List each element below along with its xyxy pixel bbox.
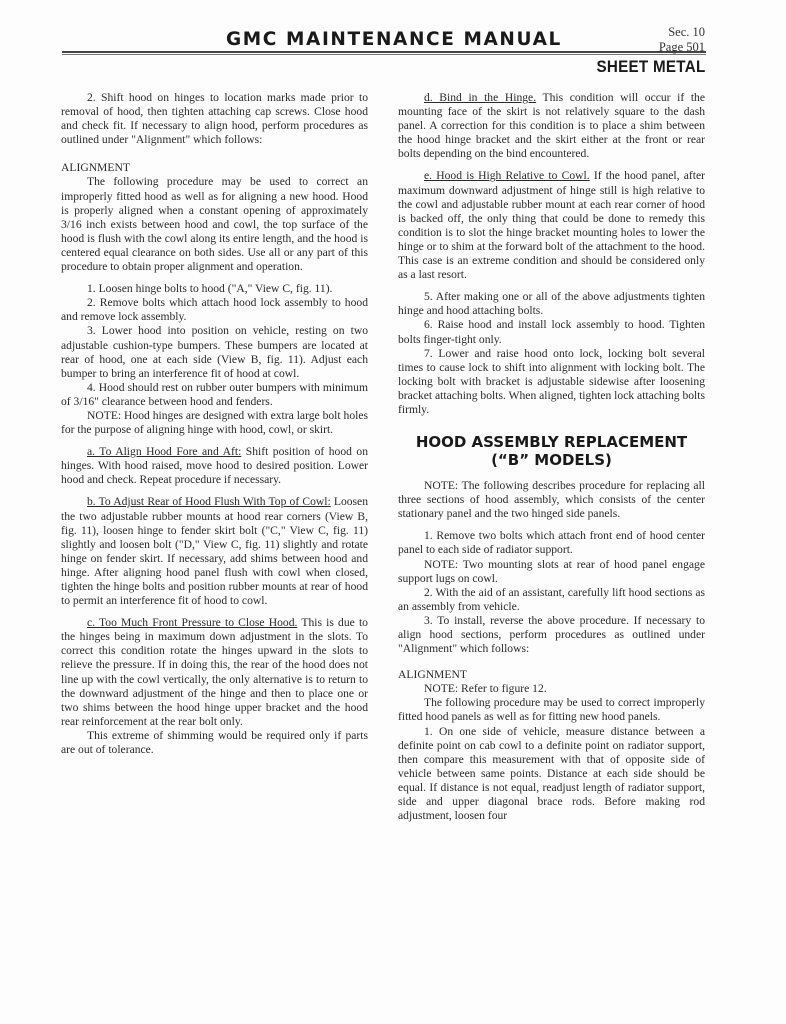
alignment-step-1: 1. On one side of vehicle, measure dista… <box>398 725 705 824</box>
subsection-e: e. Hood is High Relative to Cowl. If the… <box>398 169 705 282</box>
hinge-note: NOTE: Hood hinges are designed with extr… <box>61 409 368 437</box>
subsection-b: b. To Adjust Rear of Hood Flush With Top… <box>61 495 368 608</box>
replacement-step-2: 2. With the aid of an assistant, careful… <box>398 586 705 614</box>
subsection-d-title: d. Bind in the Hinge. <box>424 91 536 104</box>
heading-line-2: (“B” MODELS) <box>491 451 612 469</box>
subsection-e-title: e. Hood is High Relative to Cowl. <box>424 169 590 182</box>
replacement-step-3: 3. To install, reverse the above procedu… <box>398 614 705 656</box>
right-column: d. Bind in the Hinge. This condition wil… <box>398 91 705 823</box>
hood-assembly-replacement-heading: HOOD ASSEMBLY REPLACEMENT (“B” MODELS) <box>398 433 705 469</box>
subsection-a: a. To Align Hood Fore and Aft: Shift pos… <box>61 445 368 487</box>
step-4: 4. Hood should rest on rubber outer bump… <box>61 381 368 409</box>
step-6: 6. Raise hood and install lock assembly … <box>398 318 705 346</box>
header-rule-divider <box>62 51 706 55</box>
figure-reference-note: NOTE: Refer to figure 12. <box>398 682 705 696</box>
subsection-c-text: This is due to the hinges being in maxim… <box>61 616 368 728</box>
manual-title: GMC MAINTENANCE MANUAL <box>226 29 562 50</box>
step-2: 2. Remove bolts which attach hood lock a… <box>61 296 368 324</box>
shimming-note: This extreme of shimming would be requir… <box>61 729 368 757</box>
mounting-slots-note: NOTE: Two mounting slots at rear of hood… <box>398 558 705 586</box>
subsection-e-text: If the hood panel, after maximum downwar… <box>398 169 705 281</box>
step-1: 1. Loosen hinge bolts to hood ("A," View… <box>61 282 368 296</box>
alignment-intro: The following procedure may be used to c… <box>61 175 368 274</box>
alignment-heading-2: ALIGNMENT <box>398 668 705 682</box>
left-column: 2. Shift hood on hinges to location mark… <box>61 91 368 757</box>
replacement-note: NOTE: The following describes procedure … <box>398 479 705 521</box>
step-3: 3. Lower hood into position on vehicle, … <box>61 324 368 380</box>
paragraph-shift-hood: 2. Shift hood on hinges to location mark… <box>61 91 368 147</box>
section-title: SHEET METAL <box>596 58 705 77</box>
replacement-step-1: 1. Remove two bolts which attach front e… <box>398 529 705 557</box>
subsection-b-title: b. To Adjust Rear of Hood Flush With Top… <box>87 495 331 508</box>
subsection-c-title: c. Too Much Front Pressure to Close Hood… <box>87 616 297 629</box>
subsection-a-title: a. To Align Hood Fore and Aft: <box>87 445 241 458</box>
step-5: 5. After making one or all of the above … <box>398 290 705 318</box>
step-7: 7. Lower and raise hood onto lock, locki… <box>398 347 705 417</box>
subsection-c: c. Too Much Front Pressure to Close Hood… <box>61 616 368 729</box>
section-number: Sec. 10 <box>659 25 705 40</box>
subsection-b-text: Loosen the two adjustable rubber mounts … <box>61 495 368 607</box>
alignment-heading: ALIGNMENT <box>61 161 368 175</box>
heading-line-1: HOOD ASSEMBLY REPLACEMENT <box>416 433 687 451</box>
alignment-intro-2: The following procedure may be used to c… <box>398 696 705 724</box>
subsection-d: d. Bind in the Hinge. This condition wil… <box>398 91 705 161</box>
